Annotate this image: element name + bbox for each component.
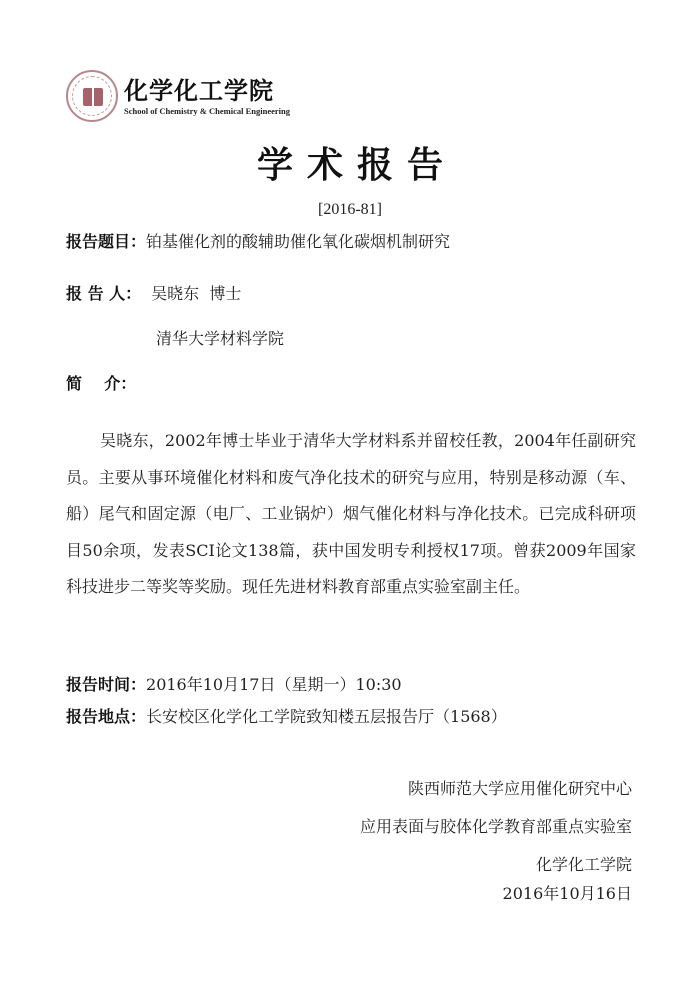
document-title: 学术报告 [0,137,700,188]
speaker-value: 吴晓东 博士 [151,284,241,303]
topic-label: 报告题目： [66,232,146,251]
time-label: 报告时间： [66,675,146,694]
intro-label: 简 介： [66,374,136,393]
topic-row: 报告题目：铂基催化剂的酸辅助催化氧化碳烟机制研究 [66,232,450,252]
time-value: 2016年10月17日（星期一）10:30 [146,675,402,694]
university-seal-icon [66,70,118,122]
report-number: [2016-81] [0,201,700,219]
place-value: 长安校区化学化工学院致知楼五层报告厅（1568） [146,707,507,726]
signoff-org-2: 应用表面与胶体化学教育部重点实验室 [360,814,632,837]
signoff-org-1: 陕西师范大学应用催化研究中心 [408,776,632,799]
school-logo-text: 化学化工学院 School of Chemistry & Chemical En… [124,77,290,116]
speaker-affiliation: 清华大学材料学院 [156,329,284,348]
school-header: 化学化工学院 School of Chemistry & Chemical En… [66,68,290,124]
intro-paragraph: 吴晓东，2002年博士毕业于清华大学材料系并留校任教，2004年任副研究员。主要… [66,423,636,606]
speaker-row: 报 告 人：吴晓东 博士 [66,284,241,304]
speaker-affiliation-row: 清华大学材料学院 [156,329,284,349]
place-row: 报告地点：长安校区化学化工学院致知楼五层报告厅（1568） [66,707,507,727]
school-name-cn: 化学化工学院 [124,77,290,105]
seal-emblem [83,88,103,106]
intro-row: 简 介： [66,374,136,394]
topic-value: 铂基催化剂的酸辅助催化氧化碳烟机制研究 [146,232,450,251]
place-label: 报告地点： [66,707,146,726]
speaker-label: 报 告 人： [66,284,141,303]
signoff-org-3: 化学化工学院 [536,852,632,875]
school-name-en: School of Chemistry & Chemical Engineeri… [124,106,290,116]
time-row: 报告时间：2016年10月17日（星期一）10:30 [66,675,402,695]
signoff-date: 2016年10月16日 [503,881,632,904]
